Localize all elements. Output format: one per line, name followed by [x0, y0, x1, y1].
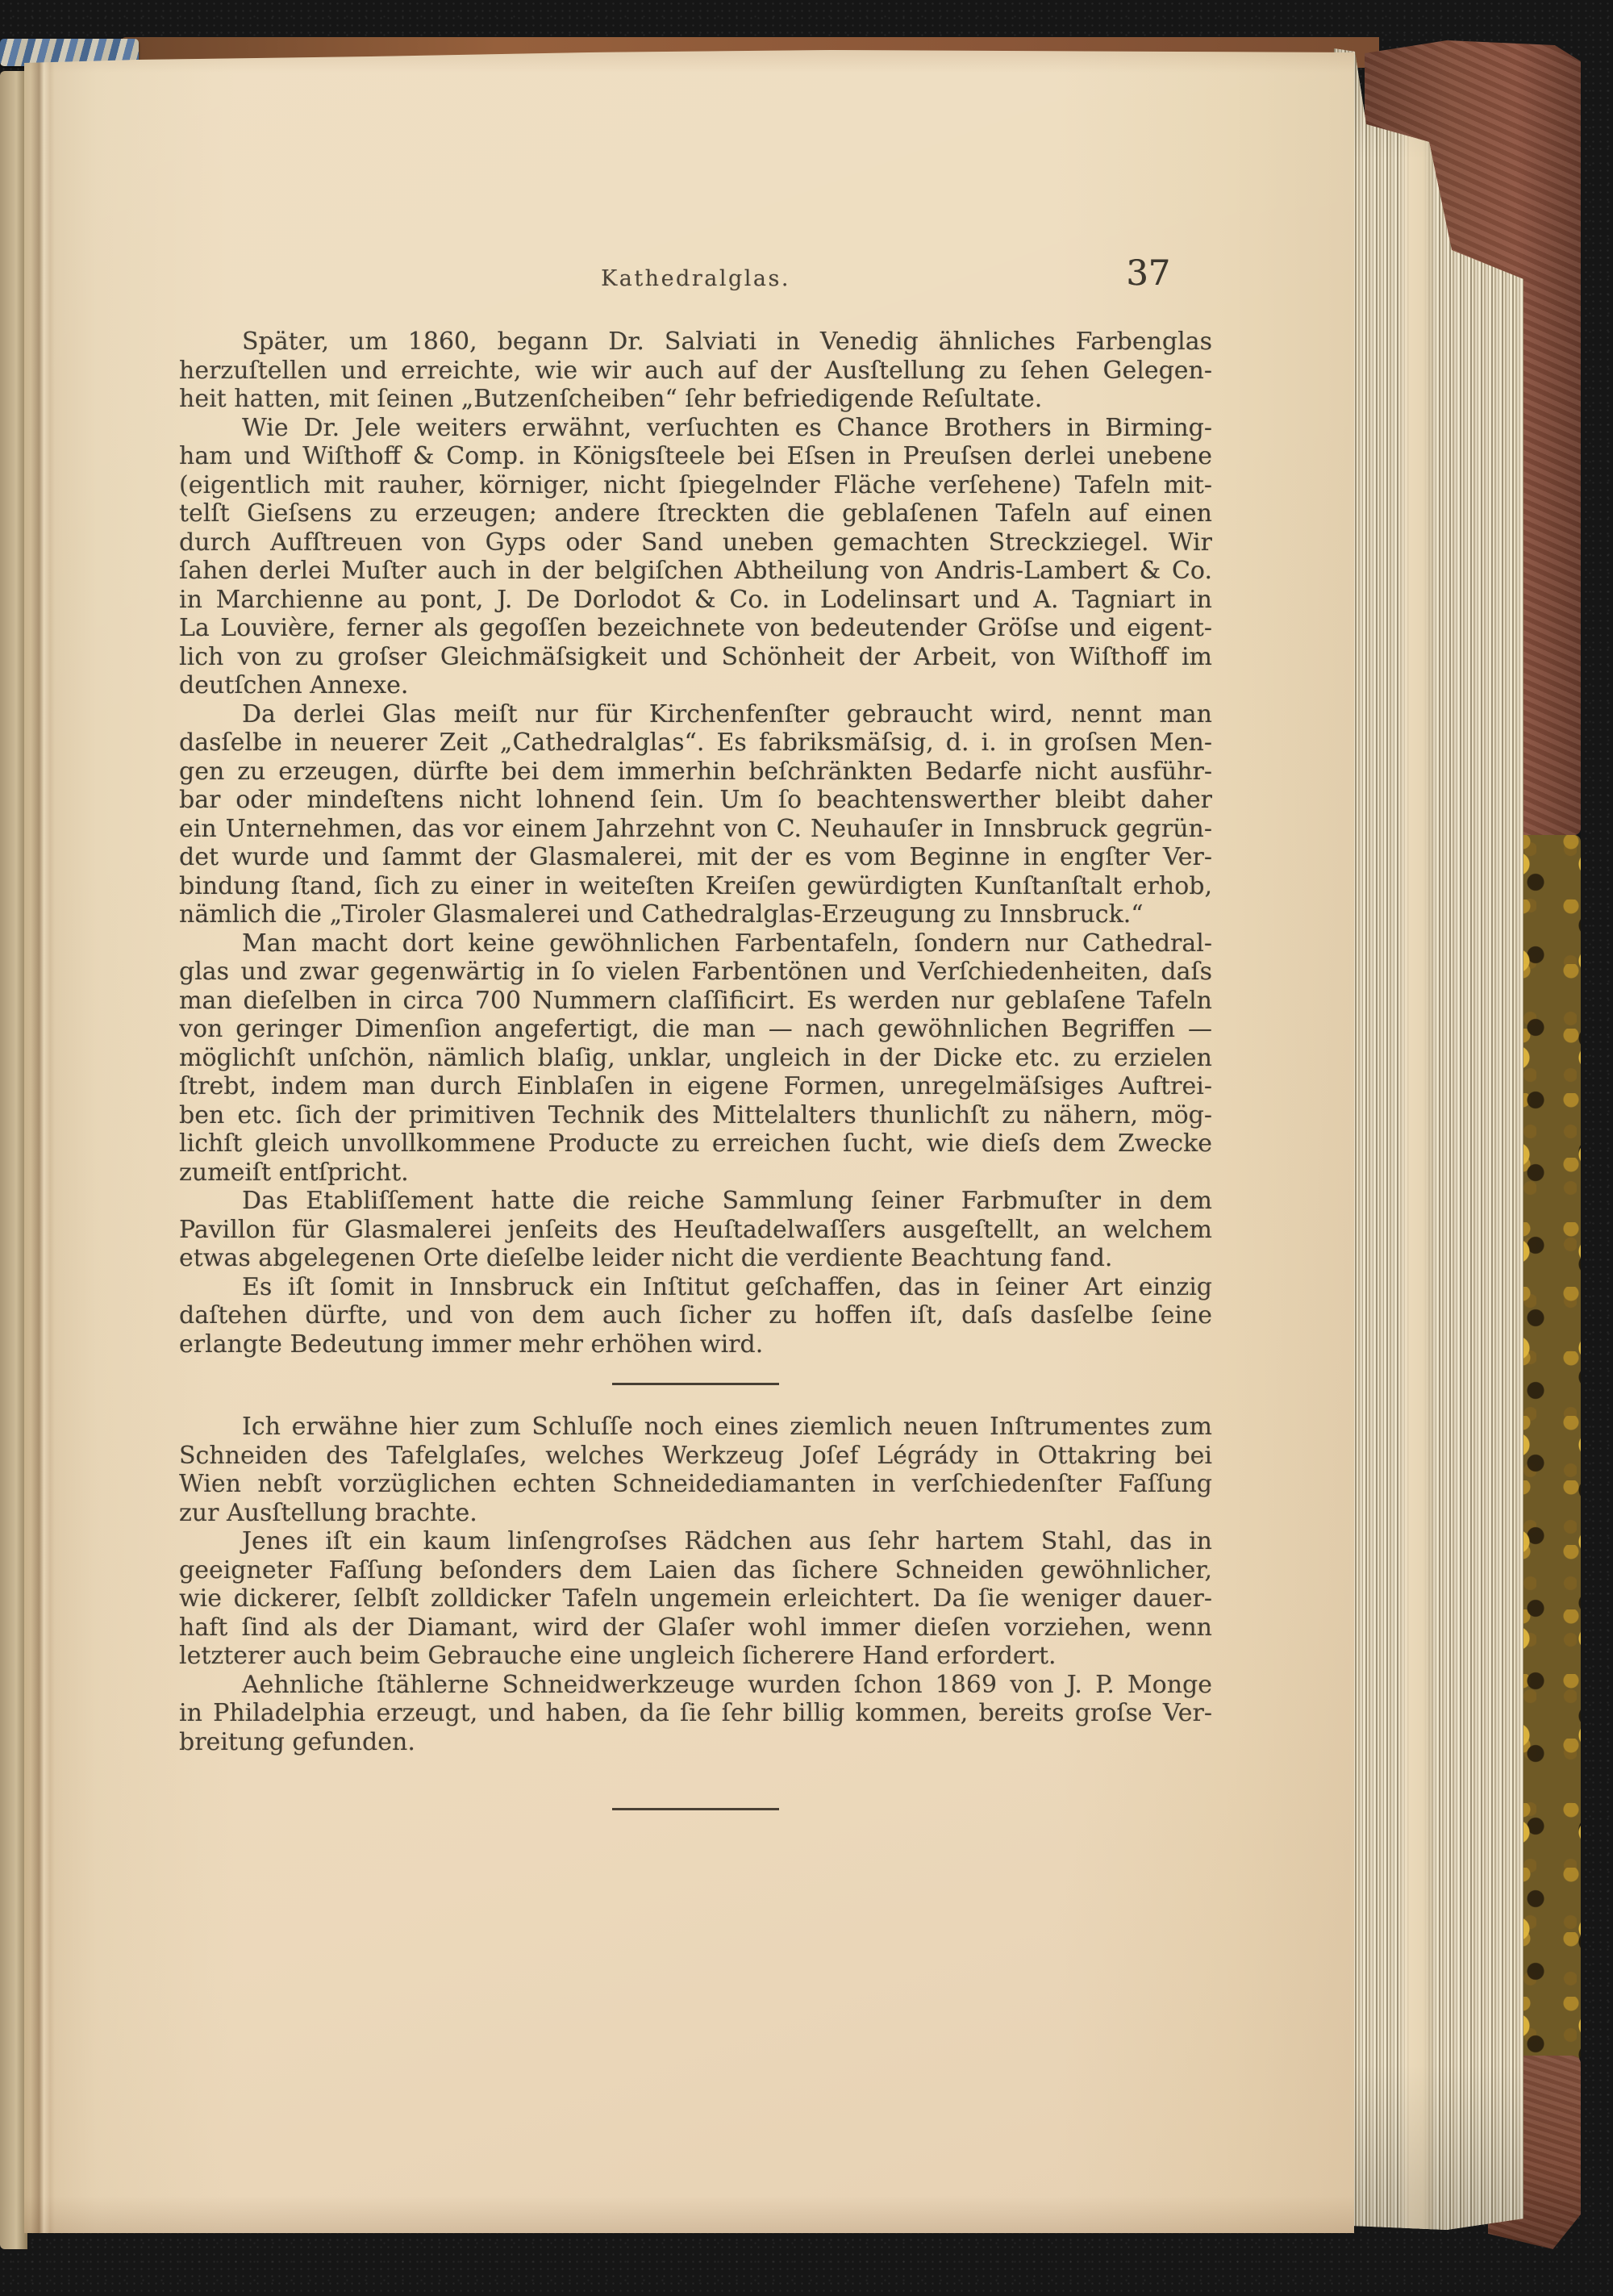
text-line: Wien nebſt vorzüglichen echten Schneided… — [179, 1470, 1212, 1499]
text-line: Da derlei Glas meiſt nur für Kirchenfenſ… — [179, 700, 1212, 729]
text-line: lichſt gleich unvollkommene Producte zu … — [179, 1129, 1212, 1158]
paragraph-group: Später, um 1860, begann Dr. Salviati in … — [179, 328, 1212, 1359]
paragraph: Aehnliche ſtählerne Schneidwerkzeuge wur… — [179, 1671, 1212, 1757]
text-line: letzterer auch beim Gebrauche eine ungle… — [179, 1642, 1212, 1671]
text-line: in Philadelphia erzeugt, und haben, da ſ… — [179, 1699, 1212, 1728]
closing-rule — [612, 1808, 779, 1810]
text-line: deutſchen Annexe. — [179, 671, 1212, 700]
text-line: lich von zu groſser Gleichmäſsigkeit und… — [179, 643, 1212, 672]
text-line: erlangte Bedeutung immer mehr erhöhen wi… — [179, 1330, 1212, 1359]
paragraph: Es iſt ſomit in Innsbruck ein Inſtitut g… — [179, 1273, 1212, 1359]
text-line: durch Aufſtreuen von Gyps oder Sand uneb… — [179, 528, 1212, 557]
text-line: von geringer Dimenſion angefertigt, die … — [179, 1015, 1212, 1044]
text-line: heit hatten, mit ſeinen „Butzenſcheiben“… — [179, 385, 1212, 414]
text-line: nämlich die „Tiroler Glasmalerei und Cat… — [179, 900, 1212, 929]
text-line: Das Etabliſſement hatte die reiche Samml… — [179, 1187, 1212, 1216]
text-line: geeigneter Faſſung beſonders dem Laien d… — [179, 1556, 1212, 1585]
text-line: Es iſt ſomit in Innsbruck ein Inſtitut g… — [179, 1273, 1212, 1302]
paragraph-group: Ich erwähne hier zum Schluſſe noch eines… — [179, 1413, 1212, 1756]
text-line: Wie Dr. Jele weiters erwähnt, verſuchten… — [179, 414, 1212, 443]
text-line: ſahen derlei Muſter auch in der belgiſch… — [179, 557, 1212, 586]
text-line: Schneiden des Tafelglaſes, welches Werkz… — [179, 1442, 1212, 1471]
text-line: dasſelbe in neuerer Zeit „Cathedralglas“… — [179, 728, 1212, 758]
page-number: 37 — [1126, 253, 1170, 294]
text-line: etwas abgelegenen Orte dieſelbe leider n… — [179, 1244, 1212, 1273]
running-head: Kathedralglas. — [179, 266, 1212, 291]
text-line: möglichſt unſchön, nämlich blaſig, unkla… — [179, 1044, 1212, 1073]
text-line: Pavillon für Glasmalerei jenſeits des He… — [179, 1216, 1212, 1245]
underlying-page-sliver — [0, 71, 27, 2249]
text-line: ham und Wiſthoff & Comp. in Königsſteele… — [179, 442, 1212, 471]
text-line: daſtehen dürfte, und von dem auch ſicher… — [179, 1301, 1212, 1330]
fore-edge-shading — [1334, 47, 1523, 2240]
section-divider-rule — [612, 1383, 779, 1385]
text-line: Aehnliche ſtählerne Schneidwerkzeuge wur… — [179, 1671, 1212, 1700]
paragraph: Das Etabliſſement hatte die reiche Samml… — [179, 1187, 1212, 1273]
text-line: Man macht dort keine gewöhnlichen Farben… — [179, 929, 1212, 958]
text-line: in Marchienne au pont, J. De Dorlodot & … — [179, 586, 1212, 615]
text-line: wie dickerer, ſelbſt zolldicker Tafeln u… — [179, 1584, 1212, 1613]
text-line: ben etc. ſich der primitiven Technik des… — [179, 1101, 1212, 1130]
text-line: breitung gefunden. — [179, 1728, 1212, 1757]
paragraph: Da derlei Glas meiſt nur für Kirchenfenſ… — [179, 700, 1212, 929]
text-line: Später, um 1860, begann Dr. Salviati in … — [179, 328, 1212, 357]
text-block: Später, um 1860, begann Dr. Salviati in … — [179, 328, 1212, 1838]
text-line: man dieſelben in circa 700 Nummern claſſ… — [179, 987, 1212, 1016]
text-line: La Louvière, ferner als gegoſſen bezeich… — [179, 614, 1212, 643]
paragraph: Jenes iſt ein kaum linſengroſses Rädchen… — [179, 1527, 1212, 1671]
text-line: bar oder mindeſtens nicht lohnend ſein. … — [179, 786, 1212, 815]
paragraph: Ich erwähne hier zum Schluſſe noch eines… — [179, 1413, 1212, 1527]
paragraph: Später, um 1860, begann Dr. Salviati in … — [179, 328, 1212, 414]
text-line: bindung ſtand, ſich zu einer in weiteſte… — [179, 872, 1212, 901]
text-line: zur Ausſtellung brachte. — [179, 1499, 1212, 1528]
text-line: ein Unternehmen, das vor einem Jahrzehnt… — [179, 815, 1212, 844]
text-line: Jenes iſt ein kaum linſengroſses Rädchen… — [179, 1527, 1212, 1556]
paragraph: Wie Dr. Jele weiters erwähnt, verſuchten… — [179, 414, 1212, 700]
text-line: gen zu erzeugen, dürfte bei dem immerhin… — [179, 758, 1212, 787]
page-fore-edge — [1334, 47, 1523, 2240]
text-line: det wurde und ſammt der Glasmalerei, mit… — [179, 843, 1212, 872]
book-scan: Kathedralglas. 37 Später, um 1860, began… — [0, 0, 1613, 2296]
text-line: ſtrebt, indem man durch Einblaſen in eig… — [179, 1072, 1212, 1101]
text-line: zumeiſt entſpricht. — [179, 1158, 1212, 1188]
text-line: haft ſind als der Diamant, wird der Glaſ… — [179, 1613, 1212, 1643]
page-header-row: Kathedralglas. 37 — [179, 266, 1212, 323]
paragraph: Man macht dort keine gewöhnlichen Farben… — [179, 929, 1212, 1188]
text-line: (eigentlich mit rauher, körniger, nicht … — [179, 471, 1212, 500]
text-line: Ich erwähne hier zum Schluſſe noch eines… — [179, 1413, 1212, 1442]
text-line: telſt Gieſsens zu erzeugen; andere ſtrec… — [179, 499, 1212, 528]
text-line: glas und zwar gegenwärtig in ſo vielen F… — [179, 958, 1212, 987]
text-line: herzuſtellen und erreichte, wie wir auch… — [179, 357, 1212, 386]
page-sheet: Kathedralglas. 37 Später, um 1860, began… — [24, 50, 1354, 2233]
